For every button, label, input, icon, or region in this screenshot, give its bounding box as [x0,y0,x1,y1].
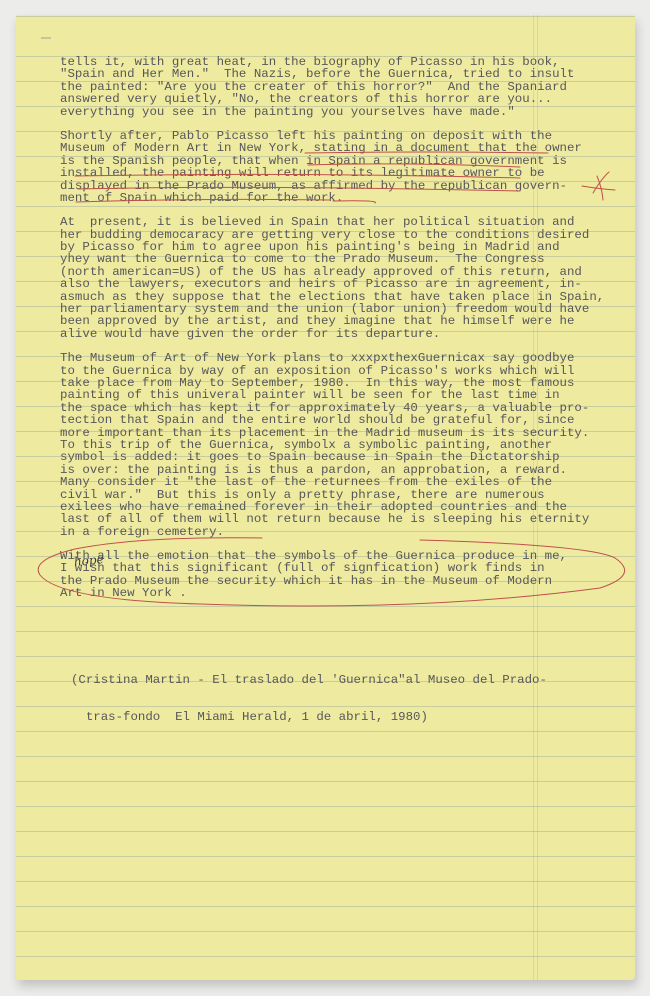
text-line: "Spain and Her Men." The Nazis, before t… [60,68,620,80]
paragraph: The Museum of Art of New York plans to x… [60,352,620,538]
text-line: At present, it is believed in Spain that… [60,216,620,228]
text-line: alive would have given the order for its… [60,328,620,340]
text-line: yhey want the Guernica to come to the Pr… [60,253,620,265]
text-line: ment of Spain which paid for the work. [60,192,620,204]
text-line: in a foreign cemetery. [60,526,620,538]
paragraph: tells it, with great heat, in the biogra… [60,56,620,118]
text-line: last of all of them will not return beca… [60,513,620,525]
citation-line: tras-fondo El Miami Herald, 1 de abril, … [71,711,547,723]
text-line: everything you see in the painting you y… [60,106,620,118]
text-line: painting of this univeral painter will b… [60,389,620,401]
pencil-mark [41,37,51,39]
text-line: Art in New York . [60,587,620,599]
text-line: answered very quietly, "No, the creators… [60,93,620,105]
citation: (Cristina Martin - El traslado del 'Guer… [71,649,547,736]
paragraph: With all the emotion that the symbols of… [60,550,620,600]
paragraph: Shortly after, Pablo Picasso left his pa… [60,130,620,204]
text-line: The Museum of Art of New York plans to x… [60,352,620,364]
paragraph: At present, it is believed in Spain that… [60,216,620,340]
text-line: installed, the painting will return to i… [60,167,620,179]
text-line: symbol is added: it goes to Spain becaus… [60,451,620,463]
text-line: been approved by the artist, and they im… [60,315,620,327]
citation-line: (Cristina Martin - El traslado del 'Guer… [71,674,547,686]
text-line: Museum of Modern Art in New York, statin… [60,142,620,154]
text-line: also the lawyers, executors and heirs of… [60,278,620,290]
text-line: Many consider it "the last of the return… [60,476,620,488]
text-line: tection that Spain and the entire world … [60,414,620,426]
typed-body-text: tells it, with great heat, in the biogra… [60,56,620,612]
text-line: I wish that this significant (full of si… [60,562,620,574]
